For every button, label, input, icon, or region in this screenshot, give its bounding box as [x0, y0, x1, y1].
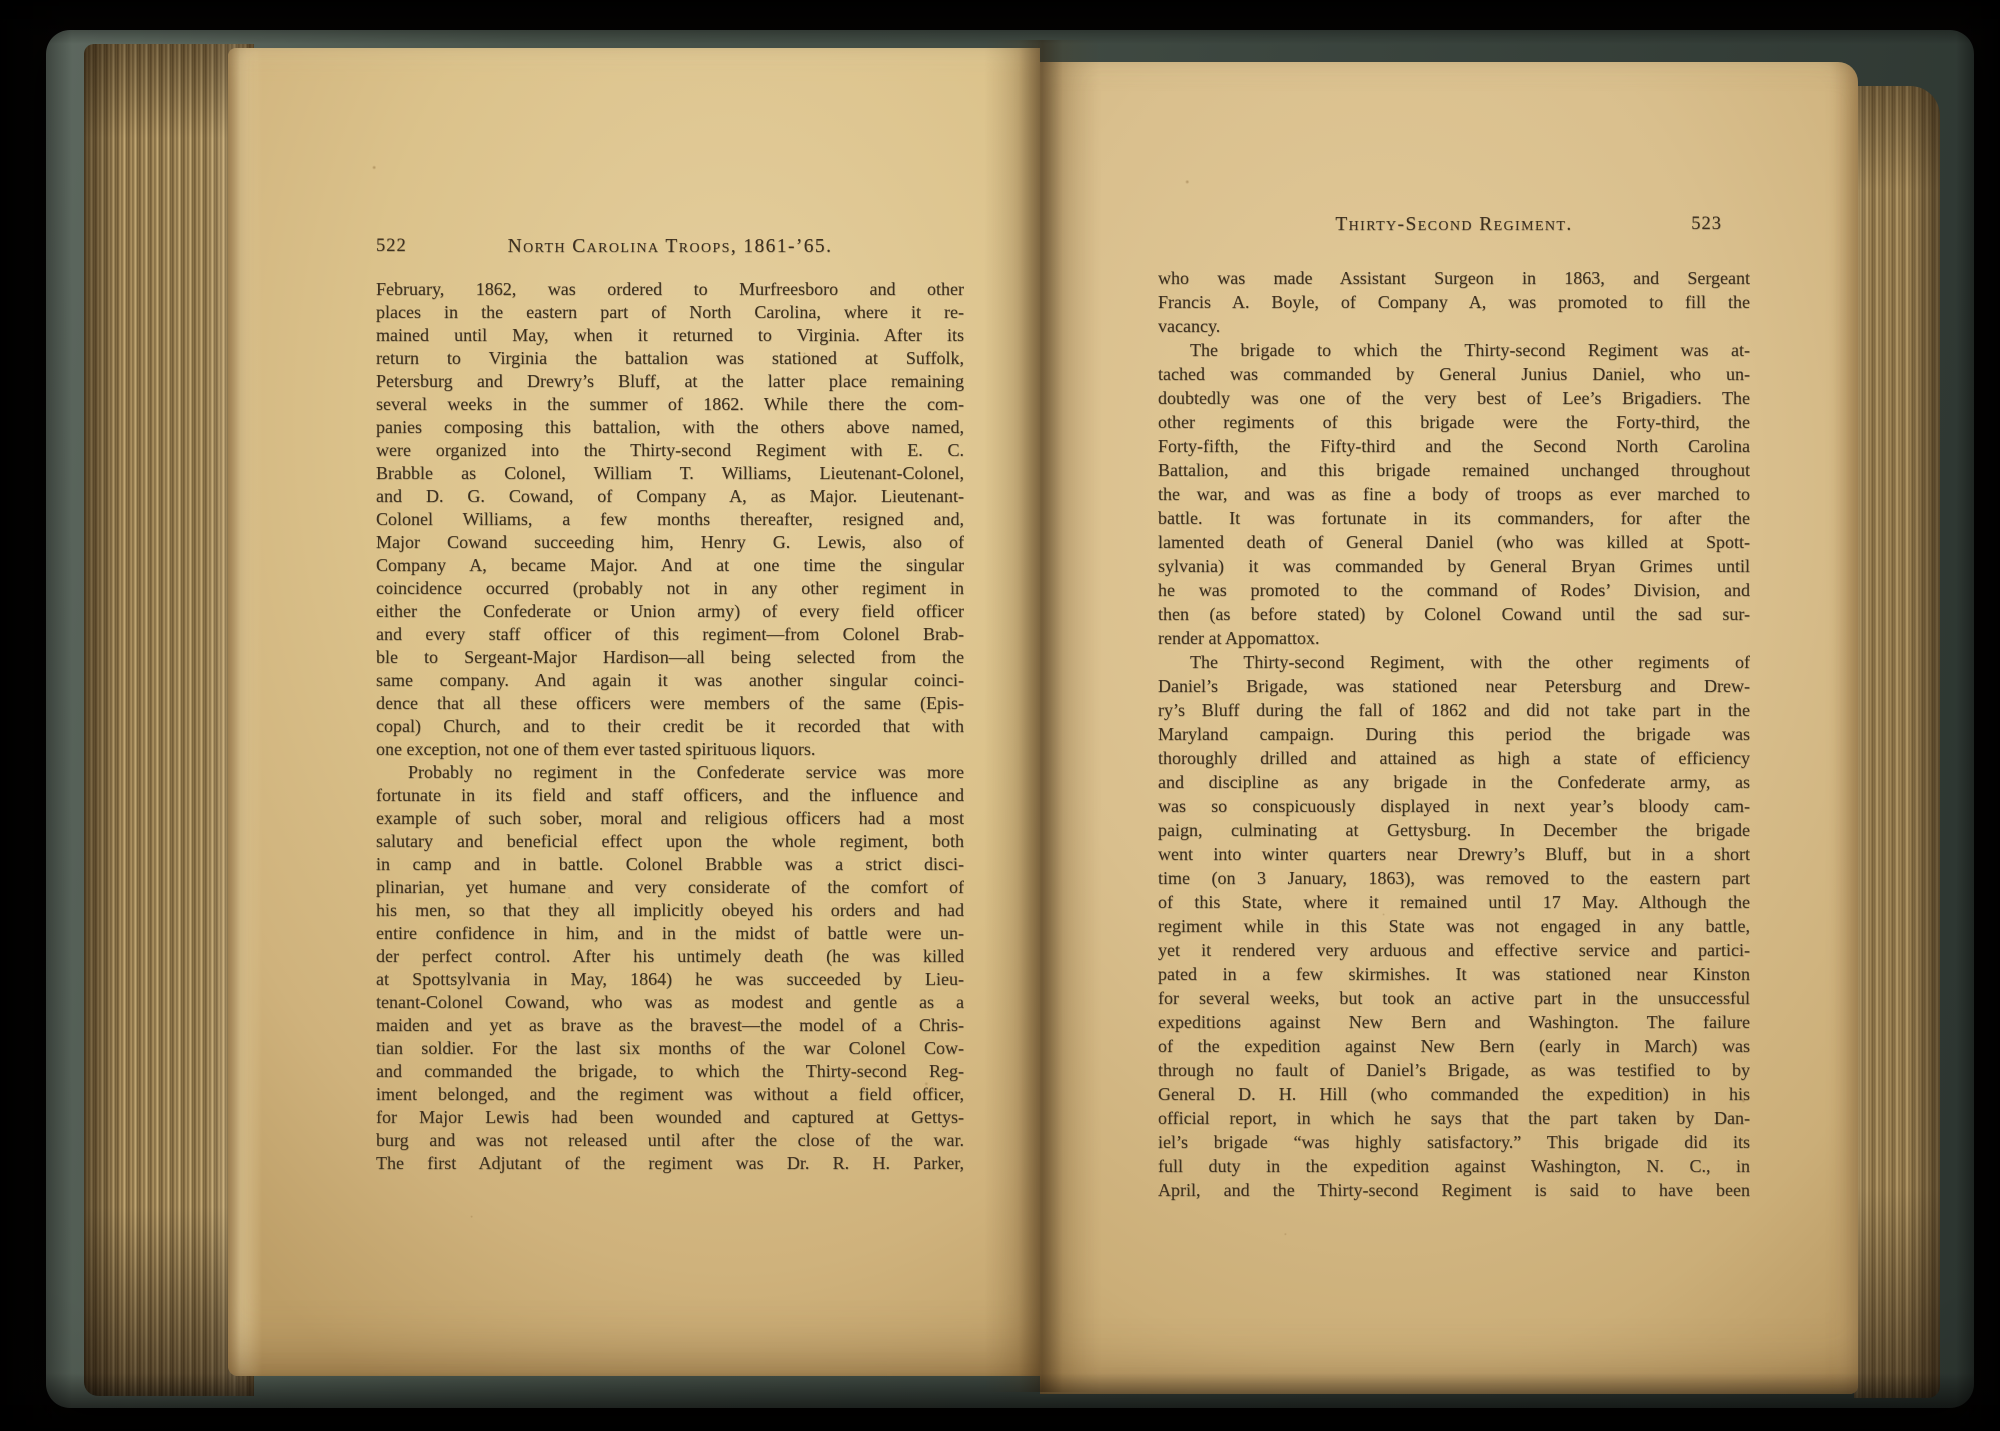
text-line: render at Appomattox.	[1158, 626, 1750, 650]
text-line: his men, so that they all implicitly obe…	[376, 899, 964, 922]
text-line: of the expedition against New Bern (earl…	[1158, 1034, 1750, 1058]
text-line: mained until May, when it returned to Vi…	[376, 324, 964, 347]
text-line: time (on 3 January, 1863), was removed t…	[1158, 866, 1750, 890]
text-line: pated in a few skirmishes. It was statio…	[1158, 962, 1750, 986]
text-line: panies composing this battalion, with th…	[376, 416, 964, 439]
text-line: entire confidence in him, and in the mid…	[376, 922, 964, 945]
page-number-right: 523	[1691, 214, 1722, 235]
text-line: The Thirty-second Regiment, with the oth…	[1158, 650, 1750, 674]
running-title-right: Thirty-Second Regiment.	[1158, 214, 1750, 236]
text-line: Battalion, and this brigade remained unc…	[1158, 458, 1750, 482]
text-line: Brabble as Colonel, William T. Williams,…	[376, 462, 964, 485]
text-line: were organized into the Thirty-second Re…	[376, 439, 964, 462]
text-line: Major Cowand succeeding him, Henry G. Le…	[376, 531, 964, 554]
text-line: sylvania) it was commanded by General Br…	[1158, 554, 1750, 578]
text-line: Company A, became Major. And at one time…	[376, 554, 964, 577]
text-line: fortunate in its field and staff officer…	[376, 784, 964, 807]
text-line: General D. H. Hill (who commanded the ex…	[1158, 1082, 1750, 1106]
text-line: the war, and was as fine a body of troop…	[1158, 482, 1750, 506]
text-line: return to Virginia the battalion was sta…	[376, 347, 964, 370]
text-line: copal) Church, and to their credit be it…	[376, 715, 964, 738]
left-page-text: February, 1862, was ordered to Murfreesb…	[376, 278, 964, 1175]
text-line: The brigade to which the Thirty-second R…	[1158, 338, 1750, 362]
text-line: and commanded the brigade, to which the …	[376, 1060, 964, 1083]
text-line: coincidence occurred (probably not in an…	[376, 577, 964, 600]
text-line: through no fault of Daniel’s Brigade, as…	[1158, 1058, 1750, 1082]
text-line: then (as before stated) by Colonel Cowan…	[1158, 602, 1750, 626]
running-title-left: North Carolina Troops, 1861-’65.	[376, 236, 964, 258]
text-line: in camp and in battle. Colonel Brabble w…	[376, 853, 964, 876]
text-line: February, 1862, was ordered to Murfreesb…	[376, 278, 964, 301]
text-line: and D. G. Cowand, of Company A, as Major…	[376, 485, 964, 508]
page-number-left: 522	[376, 236, 407, 257]
text-line: ble to Sergeant-Major Hardison—all being…	[376, 646, 964, 669]
right-page-text: who was made Assistant Surgeon in 1863, …	[1158, 266, 1750, 1202]
text-line: tached was commanded by General Junius D…	[1158, 362, 1750, 386]
text-line: ry’s Bluff during the fall of 1862 and d…	[1158, 698, 1750, 722]
text-line: tian soldier. For the last six months of…	[376, 1037, 964, 1060]
text-line: other regiments of this brigade were the…	[1158, 410, 1750, 434]
text-line: full duty in the expedition against Wash…	[1158, 1154, 1750, 1178]
text-line: went into winter quarters near Drewry’s …	[1158, 842, 1750, 866]
text-line: burg and was not released until after th…	[376, 1129, 964, 1152]
text-line: salutary and beneficial effect upon the …	[376, 830, 964, 853]
text-line: Petersburg and Drewry’s Bluff, at the la…	[376, 370, 964, 393]
text-line: same company. And again it was another s…	[376, 669, 964, 692]
text-line: iment belonged, and the regiment was wit…	[376, 1083, 964, 1106]
text-line: yet it rendered very arduous and effecti…	[1158, 938, 1750, 962]
text-line: several weeks in the summer of 1862. Whi…	[376, 393, 964, 416]
text-line: battle. It was fortunate in its commande…	[1158, 506, 1750, 530]
text-line: dence that all these officers were membe…	[376, 692, 964, 715]
text-line: for several weeks, but took an active pa…	[1158, 986, 1750, 1010]
text-line: plinarian, yet humane and very considera…	[376, 876, 964, 899]
text-line: Forty-fifth, the Fifty-third and the Sec…	[1158, 434, 1750, 458]
text-line: and every staff officer of this regiment…	[376, 623, 964, 646]
text-line: example of such sober, moral and religio…	[376, 807, 964, 830]
book-photo: 522 North Carolina Troops, 1861-’65. Thi…	[0, 0, 2000, 1431]
text-line: and discipline as any brigade in the Con…	[1158, 770, 1750, 794]
text-line: Maryland campaign. During this period th…	[1158, 722, 1750, 746]
page-edges-right	[1854, 86, 1940, 1398]
text-line: April, and the Thirty-second Regiment is…	[1158, 1178, 1750, 1202]
text-line: Francis A. Boyle, of Company A, was prom…	[1158, 290, 1750, 314]
text-line: doubtedly was one of the very best of Le…	[1158, 386, 1750, 410]
text-line: The first Adjutant of the regiment was D…	[376, 1152, 964, 1175]
text-line: der perfect control. After his untimely …	[376, 945, 964, 968]
text-line: for Major Lewis had been wounded and cap…	[376, 1106, 964, 1129]
text-line: thoroughly drilled and attained as high …	[1158, 746, 1750, 770]
text-line: Probably no regiment in the Confederate …	[376, 761, 964, 784]
text-line: at Spottsylvania in May, 1864) he was su…	[376, 968, 964, 991]
text-line: official report, in which he says that t…	[1158, 1106, 1750, 1130]
text-line: iel’s brigade “was highly satisfactory.”…	[1158, 1130, 1750, 1154]
text-line: one exception, not one of them ever tast…	[376, 738, 964, 761]
text-line: of this State, where it remained until 1…	[1158, 890, 1750, 914]
text-line: expeditions against New Bern and Washing…	[1158, 1010, 1750, 1034]
text-line: he was promoted to the command of Rodes’…	[1158, 578, 1750, 602]
text-line: vacancy.	[1158, 314, 1750, 338]
text-line: Daniel’s Brigade, was stationed near Pet…	[1158, 674, 1750, 698]
text-line: Colonel Williams, a few months thereafte…	[376, 508, 964, 531]
text-line: maiden and yet as brave as the bravest—t…	[376, 1014, 964, 1037]
left-page-header: 522 North Carolina Troops, 1861-’65.	[376, 236, 964, 262]
text-line: tenant-Colonel Cowand, who was as modest…	[376, 991, 964, 1014]
text-line: was so conspicuously displayed in next y…	[1158, 794, 1750, 818]
text-line: paign, culminating at Gettysburg. In Dec…	[1158, 818, 1750, 842]
text-line: either the Confederate or Union army) of…	[376, 600, 964, 623]
right-page-header: Thirty-Second Regiment. 523	[1158, 214, 1750, 240]
text-line: regiment while in this State was not eng…	[1158, 914, 1750, 938]
text-line: who was made Assistant Surgeon in 1863, …	[1158, 266, 1750, 290]
text-line: places in the eastern part of North Caro…	[376, 301, 964, 324]
text-line: lamented death of General Daniel (who wa…	[1158, 530, 1750, 554]
